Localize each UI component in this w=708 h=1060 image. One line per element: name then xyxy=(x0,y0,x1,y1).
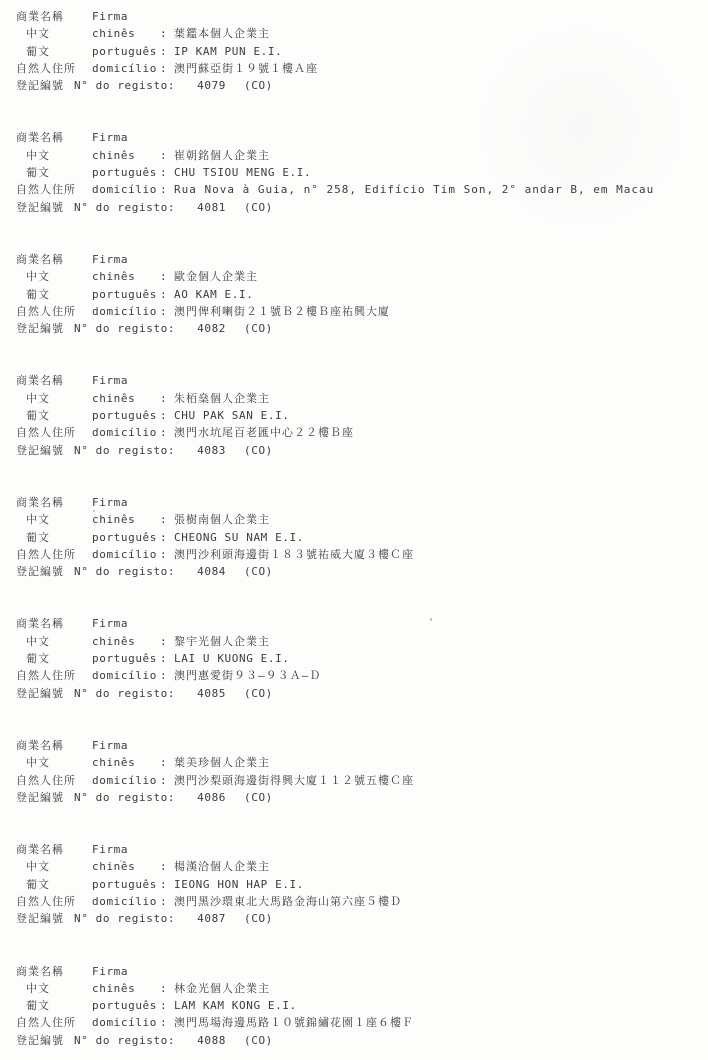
domicile-label-pt: domicílio xyxy=(92,667,160,684)
registration-row: 登記編號 N° do registo: 4081 (CO) xyxy=(16,199,708,216)
portuguese-label-pt: português xyxy=(92,164,160,181)
colon-separator: : xyxy=(160,424,174,441)
chinese-label-pt: chinês xyxy=(92,858,160,875)
registration-entry: 商業名稱 Firma 中文 chinês : 葉鑑本個人企業主 葡文 portu… xyxy=(16,8,708,94)
domicile-row: 自然人住所 domicílio : 澳門沙梨頭海邊街得興大廈１１２號五樓Ｃ座 xyxy=(16,772,708,789)
chinese-label-zh: 中文 xyxy=(16,511,92,528)
registration-label-pt: N° do registo: xyxy=(74,563,175,580)
registration-label-zh: 登記編號 xyxy=(16,910,74,927)
colon-separator: : xyxy=(160,511,174,528)
business-name-label-pt: Firma xyxy=(92,494,160,511)
chinese-label-zh: 中文 xyxy=(16,980,92,997)
domicile-value: Rua Nova à Guia, n° 258, Edifício Tim So… xyxy=(174,181,654,198)
colon-separator: : xyxy=(160,268,174,285)
colon-separator: : xyxy=(160,303,174,320)
chinese-label-pt: chinês xyxy=(92,147,160,164)
scan-speckle xyxy=(430,618,432,621)
business-name-label-pt: Firma xyxy=(92,129,160,146)
chinese-name-row: 中文 chinês : 葉鑑本個人企業主 xyxy=(16,25,708,42)
registration-label-zh: 登記編號 xyxy=(16,1032,74,1049)
domicile-label-pt: domicílio xyxy=(92,1014,160,1031)
colon-separator: : xyxy=(160,667,174,684)
business-name-label-zh: 商業名稱 xyxy=(16,372,92,389)
registration-suffix: (CO) xyxy=(244,77,273,94)
colon-separator: : xyxy=(160,893,174,910)
registration-entry: 商業名稱 Firma 中文 chinês : 歐金個人企業主 葡文 portug… xyxy=(16,251,708,337)
chinese-name-value: 崔朝銘個人企業主 xyxy=(174,147,270,164)
chinese-name-row: 中文 chinês : 崔朝銘個人企業主 xyxy=(16,147,708,164)
chinese-label-zh: 中文 xyxy=(16,754,92,771)
business-name-row: 商業名稱 Firma xyxy=(16,372,708,389)
registration-number: 4086 xyxy=(197,789,226,806)
chinese-label-zh: 中文 xyxy=(16,25,92,42)
business-name-label-pt: Firma xyxy=(92,8,160,25)
domicile-label-zh: 自然人住所 xyxy=(16,181,92,198)
domicile-label-pt: domicílio xyxy=(92,893,160,910)
registration-row: 登記編號 N° do registo: 4079 (CO) xyxy=(16,77,708,94)
domicile-label-pt: domicílio xyxy=(92,303,160,320)
chinese-name-row: 中文 chinês : 黎宇光個人企業主 xyxy=(16,633,708,650)
domicile-value: 澳門俾利喇街２１號Ｂ２樓Ｂ座祐興大廈 xyxy=(174,303,390,320)
business-name-row: 商業名稱 Firma xyxy=(16,129,708,146)
chinese-name-row: 中文 chinês : 林金光個人企業主 xyxy=(16,980,708,997)
chinese-name-value: 林金光個人企業主 xyxy=(174,980,270,997)
registration-label-pt: N° do registo: xyxy=(74,77,175,94)
registration-row: 登記編號 N° do registo: 4084 (CO) xyxy=(16,563,708,580)
domicile-row: 自然人住所 domicílio : 澳門沙利頭海邊街１８３號祐威大廈３樓Ｃ座 xyxy=(16,546,708,563)
registration-entry: 商業名稱 Firma 中文 chinês : 林金光個人企業主 葡文 portu… xyxy=(16,963,708,1049)
domicile-value: 澳門沙利頭海邊街１８３號祐威大廈３樓Ｃ座 xyxy=(174,546,414,563)
chinese-label-pt: chinês xyxy=(92,390,160,407)
chinese-name-value: 葉鑑本個人企業主 xyxy=(174,25,270,42)
registration-entry: 商業名稱 Firma 中文 chinês : 朱栢燊個人企業主 葡文 portu… xyxy=(16,372,708,458)
colon-separator: : xyxy=(160,980,174,997)
domicile-value: 澳門蘇亞街１９號１樓Ａ座 xyxy=(174,60,318,77)
domicile-row: 自然人住所 domicílio : 澳門俾利喇街２１號Ｂ２樓Ｂ座祐興大廈 xyxy=(16,303,708,320)
domicile-label-pt: domicílio xyxy=(92,546,160,563)
portuguese-label-zh: 葡文 xyxy=(16,164,92,181)
chinese-label-pt: chinês xyxy=(92,25,160,42)
business-name-row: 商業名稱 Firma xyxy=(16,494,708,511)
portuguese-label-zh: 葡文 xyxy=(16,407,92,424)
registration-label-pt: N° do registo: xyxy=(74,320,175,337)
colon-separator: : xyxy=(160,997,174,1014)
registration-entry: 商業名稱 Firma 中文 chinês : 崔朝銘個人企業主 葡文 portu… xyxy=(16,129,708,215)
portuguese-name-row: 葡文 português : CHU PAK SAN E.I. xyxy=(16,407,708,424)
portuguese-name-row: 葡文 português : CHEONG SU NAM E.I. xyxy=(16,529,708,546)
portuguese-name-value: LAI U KUONG E.I. xyxy=(174,650,290,667)
registration-label-zh: 登記編號 xyxy=(16,199,74,216)
portuguese-label-zh: 葡文 xyxy=(16,286,92,303)
colon-separator: : xyxy=(160,407,174,424)
registration-number: 4079 xyxy=(197,77,226,94)
colon-separator: : xyxy=(160,633,174,650)
registration-suffix: (CO) xyxy=(244,442,273,459)
colon-separator: : xyxy=(160,286,174,303)
chinese-label-zh: 中文 xyxy=(16,390,92,407)
chinese-label-pt: chinês xyxy=(92,511,160,528)
registration-label-pt: N° do registo: xyxy=(74,442,175,459)
portuguese-label-zh: 葡文 xyxy=(16,997,92,1014)
portuguese-label-pt: português xyxy=(92,876,160,893)
portuguese-label-zh: 葡文 xyxy=(16,876,92,893)
business-name-label-pt: Firma xyxy=(92,251,160,268)
chinese-name-value: 葉美珍個人企業主 xyxy=(174,754,270,771)
portuguese-name-value: CHEONG SU NAM E.I. xyxy=(174,529,304,546)
portuguese-label-pt: português xyxy=(92,286,160,303)
registration-number: 4081 xyxy=(197,199,226,216)
chinese-name-row: 中文 chinês : 歐金個人企業主 xyxy=(16,268,708,285)
registration-suffix: (CO) xyxy=(244,563,273,580)
colon-separator: : xyxy=(160,858,174,875)
registration-row: 登記編號 N° do registo: 4086 (CO) xyxy=(16,789,708,806)
portuguese-name-value: CHU TSIOU MENG E.I. xyxy=(174,164,311,181)
scan-speckle xyxy=(120,860,122,862)
registration-row: 登記編號 N° do registo: 4083 (CO) xyxy=(16,442,708,459)
registration-suffix: (CO) xyxy=(244,789,273,806)
chinese-label-pt: chinês xyxy=(92,754,160,771)
chinese-label-zh: 中文 xyxy=(16,268,92,285)
portuguese-name-value: IEONG HON HAP E.I. xyxy=(174,876,304,893)
portuguese-name-row: 葡文 português : LAM KAM KONG E.I. xyxy=(16,997,708,1014)
domicile-label-zh: 自然人住所 xyxy=(16,424,92,441)
colon-separator: : xyxy=(160,25,174,42)
registration-label-pt: N° do registo: xyxy=(74,789,175,806)
business-name-label-zh: 商業名稱 xyxy=(16,841,92,858)
domicile-label-zh: 自然人住所 xyxy=(16,1014,92,1031)
business-name-label-pt: Firma xyxy=(92,963,160,980)
chinese-label-pt: chinês xyxy=(92,980,160,997)
portuguese-label-zh: 葡文 xyxy=(16,650,92,667)
business-name-label-zh: 商業名稱 xyxy=(16,737,92,754)
colon-separator: : xyxy=(160,60,174,77)
registration-number: 4084 xyxy=(197,563,226,580)
domicile-row: 自然人住所 domicílio : 澳門馬場海邊馬路１０號錦繡花園１座６樓Ｆ xyxy=(16,1014,708,1031)
colon-separator: : xyxy=(160,650,174,667)
domicile-label-pt: domicílio xyxy=(92,181,160,198)
business-name-label-zh: 商業名稱 xyxy=(16,8,92,25)
colon-separator: : xyxy=(160,772,174,789)
registration-label-pt: N° do registo: xyxy=(74,199,175,216)
registration-entry: 商業名稱 Firma 中文 chinês : 楊漢洽個人企業主 葡文 portu… xyxy=(16,841,708,927)
chinese-label-zh: 中文 xyxy=(16,633,92,650)
chinese-name-value: 黎宇光個人企業主 xyxy=(174,633,270,650)
business-name-label-pt: Firma xyxy=(92,841,160,858)
domicile-value: 澳門水坑尾百老匯中心２２樓Ｂ座 xyxy=(174,424,354,441)
registration-label-zh: 登記編號 xyxy=(16,77,74,94)
registration-number: 4082 xyxy=(197,320,226,337)
business-name-row: 商業名稱 Firma xyxy=(16,8,708,25)
domicile-label-zh: 自然人住所 xyxy=(16,772,92,789)
chinese-name-value: 張樹南個人企業主 xyxy=(174,511,270,528)
registration-row: 登記編號 N° do registo: 4085 (CO) xyxy=(16,685,708,702)
domicile-label-pt: domicílio xyxy=(92,424,160,441)
chinese-name-value: 歐金個人企業主 xyxy=(174,268,258,285)
business-name-row: 商業名稱 Firma xyxy=(16,615,708,632)
portuguese-label-pt: português xyxy=(92,529,160,546)
business-name-label-zh: 商業名稱 xyxy=(16,615,92,632)
colon-separator: : xyxy=(160,754,174,771)
portuguese-name-value: IP KAM PUN E.I. xyxy=(174,43,282,60)
colon-separator: : xyxy=(160,1014,174,1031)
domicile-row: 自然人住所 domicílio : 澳門黑沙環東北大馬路金海山第六座５樓Ｄ xyxy=(16,893,708,910)
registration-label-pt: N° do registo: xyxy=(74,685,175,702)
registration-label-zh: 登記編號 xyxy=(16,685,74,702)
domicile-value: 澳門惠愛街９３—９３Ａ—Ｄ xyxy=(174,667,321,684)
registration-suffix: (CO) xyxy=(244,910,273,927)
registration-number: 4087 xyxy=(197,910,226,927)
registration-suffix: (CO) xyxy=(244,199,273,216)
registration-label-zh: 登記編號 xyxy=(16,563,74,580)
colon-separator: : xyxy=(160,390,174,407)
colon-separator: : xyxy=(160,529,174,546)
registration-entry: 商業名稱 Firma 中文 chinês : 張樹南個人企業主 葡文 portu… xyxy=(16,494,708,580)
chinese-label-zh: 中文 xyxy=(16,858,92,875)
domicile-value: 澳門馬場海邊馬路１０號錦繡花園１座６樓Ｆ xyxy=(174,1014,414,1031)
registration-label-zh: 登記編號 xyxy=(16,789,74,806)
registration-number: 4083 xyxy=(197,442,226,459)
domicile-label-zh: 自然人住所 xyxy=(16,303,92,320)
portuguese-name-value: CHU PAK SAN E.I. xyxy=(174,407,290,424)
colon-separator: : xyxy=(160,147,174,164)
chinese-name-value: 朱栢燊個人企業主 xyxy=(174,390,270,407)
registration-suffix: (CO) xyxy=(244,320,273,337)
chinese-name-row: 中文 chinês : 朱栢燊個人企業主 xyxy=(16,390,708,407)
portuguese-name-row: 葡文 português : CHU TSIOU MENG E.I. xyxy=(16,164,708,181)
registration-entry: 商業名稱 Firma 中文 chinês : 葉美珍個人企業主 自然人住所 do… xyxy=(16,737,708,806)
registration-suffix: (CO) xyxy=(244,1032,273,1049)
domicile-label-zh: 自然人住所 xyxy=(16,60,92,77)
registration-label-zh: 登記編號 xyxy=(16,320,74,337)
domicile-label-zh: 自然人住所 xyxy=(16,546,92,563)
business-name-row: 商業名稱 Firma xyxy=(16,251,708,268)
portuguese-label-pt: português xyxy=(92,650,160,667)
portuguese-label-zh: 葡文 xyxy=(16,43,92,60)
domicile-value: 澳門沙梨頭海邊街得興大廈１１２號五樓Ｃ座 xyxy=(174,772,414,789)
business-name-label-zh: 商業名稱 xyxy=(16,963,92,980)
portuguese-label-pt: português xyxy=(92,43,160,60)
portuguese-label-zh: 葡文 xyxy=(16,529,92,546)
colon-separator: : xyxy=(160,546,174,563)
portuguese-name-row: 葡文 português : AO KAM E.I. xyxy=(16,286,708,303)
registration-label-pt: N° do registo: xyxy=(74,910,175,927)
portuguese-name-row: 葡文 português : LAI U KUONG E.I. xyxy=(16,650,708,667)
gazette-page: 商業名稱 Firma 中文 chinês : 葉鑑本個人企業主 葡文 portu… xyxy=(0,0,708,1060)
chinese-name-row: 中文 chinês : 張樹南個人企業主 xyxy=(16,511,708,528)
portuguese-name-row: 葡文 português : IEONG HON HAP E.I. xyxy=(16,876,708,893)
registration-number: 4088 xyxy=(197,1032,226,1049)
domicile-row: 自然人住所 domicílio : Rua Nova à Guia, n° 25… xyxy=(16,181,708,198)
domicile-value: 澳門黑沙環東北大馬路金海山第六座５樓Ｄ xyxy=(174,893,402,910)
business-name-label-zh: 商業名稱 xyxy=(16,251,92,268)
registration-row: 登記編號 N° do registo: 4082 (CO) xyxy=(16,320,708,337)
chinese-name-value: 楊漢洽個人企業主 xyxy=(174,858,270,875)
chinese-label-pt: chinês xyxy=(92,633,160,650)
registration-label-pt: N° do registo: xyxy=(74,1032,175,1049)
registration-row: 登記編號 N° do registo: 4088 (CO) xyxy=(16,1032,708,1049)
business-name-label-pt: Firma xyxy=(92,372,160,389)
domicile-row: 自然人住所 domicílio : 澳門蘇亞街１９號１樓Ａ座 xyxy=(16,60,708,77)
registration-entry: 商業名稱 Firma 中文 chinês : 黎宇光個人企業主 葡文 portu… xyxy=(16,615,708,701)
chinese-label-zh: 中文 xyxy=(16,147,92,164)
domicile-row: 自然人住所 domicílio : 澳門水坑尾百老匯中心２２樓Ｂ座 xyxy=(16,424,708,441)
domicile-row: 自然人住所 domicílio : 澳門惠愛街９３—９３Ａ—Ｄ xyxy=(16,667,708,684)
registration-number: 4085 xyxy=(197,685,226,702)
portuguese-label-pt: português xyxy=(92,407,160,424)
registration-list: 商業名稱 Firma 中文 chinês : 葉鑑本個人企業主 葡文 portu… xyxy=(16,8,708,1049)
portuguese-name-value: AO KAM E.I. xyxy=(174,286,253,303)
registration-suffix: (CO) xyxy=(244,685,273,702)
registration-row: 登記編號 N° do registo: 4087 (CO) xyxy=(16,910,708,927)
colon-separator: : xyxy=(160,876,174,893)
colon-separator: : xyxy=(160,181,174,198)
registration-label-zh: 登記編號 xyxy=(16,442,74,459)
chinese-name-row: 中文 chinês : 葉美珍個人企業主 xyxy=(16,754,708,771)
domicile-label-zh: 自然人住所 xyxy=(16,893,92,910)
business-name-row: 商業名稱 Firma xyxy=(16,737,708,754)
colon-separator: : xyxy=(160,43,174,60)
business-name-label-pt: Firma xyxy=(92,615,160,632)
business-name-label-pt: Firma xyxy=(92,737,160,754)
domicile-label-zh: 自然人住所 xyxy=(16,667,92,684)
business-name-label-zh: 商業名稱 xyxy=(16,494,92,511)
business-name-row: 商業名稱 Firma xyxy=(16,963,708,980)
colon-separator: : xyxy=(160,164,174,181)
portuguese-name-row: 葡文 português : IP KAM PUN E.I. xyxy=(16,43,708,60)
domicile-label-pt: domicílio xyxy=(92,60,160,77)
scan-speckle xyxy=(93,510,95,512)
portuguese-name-value: LAM KAM KONG E.I. xyxy=(174,997,297,1014)
chinese-label-pt: chinês xyxy=(92,268,160,285)
portuguese-label-pt: português xyxy=(92,997,160,1014)
domicile-label-pt: domicílio xyxy=(92,772,160,789)
business-name-label-zh: 商業名稱 xyxy=(16,129,92,146)
business-name-row: 商業名稱 Firma xyxy=(16,841,708,858)
